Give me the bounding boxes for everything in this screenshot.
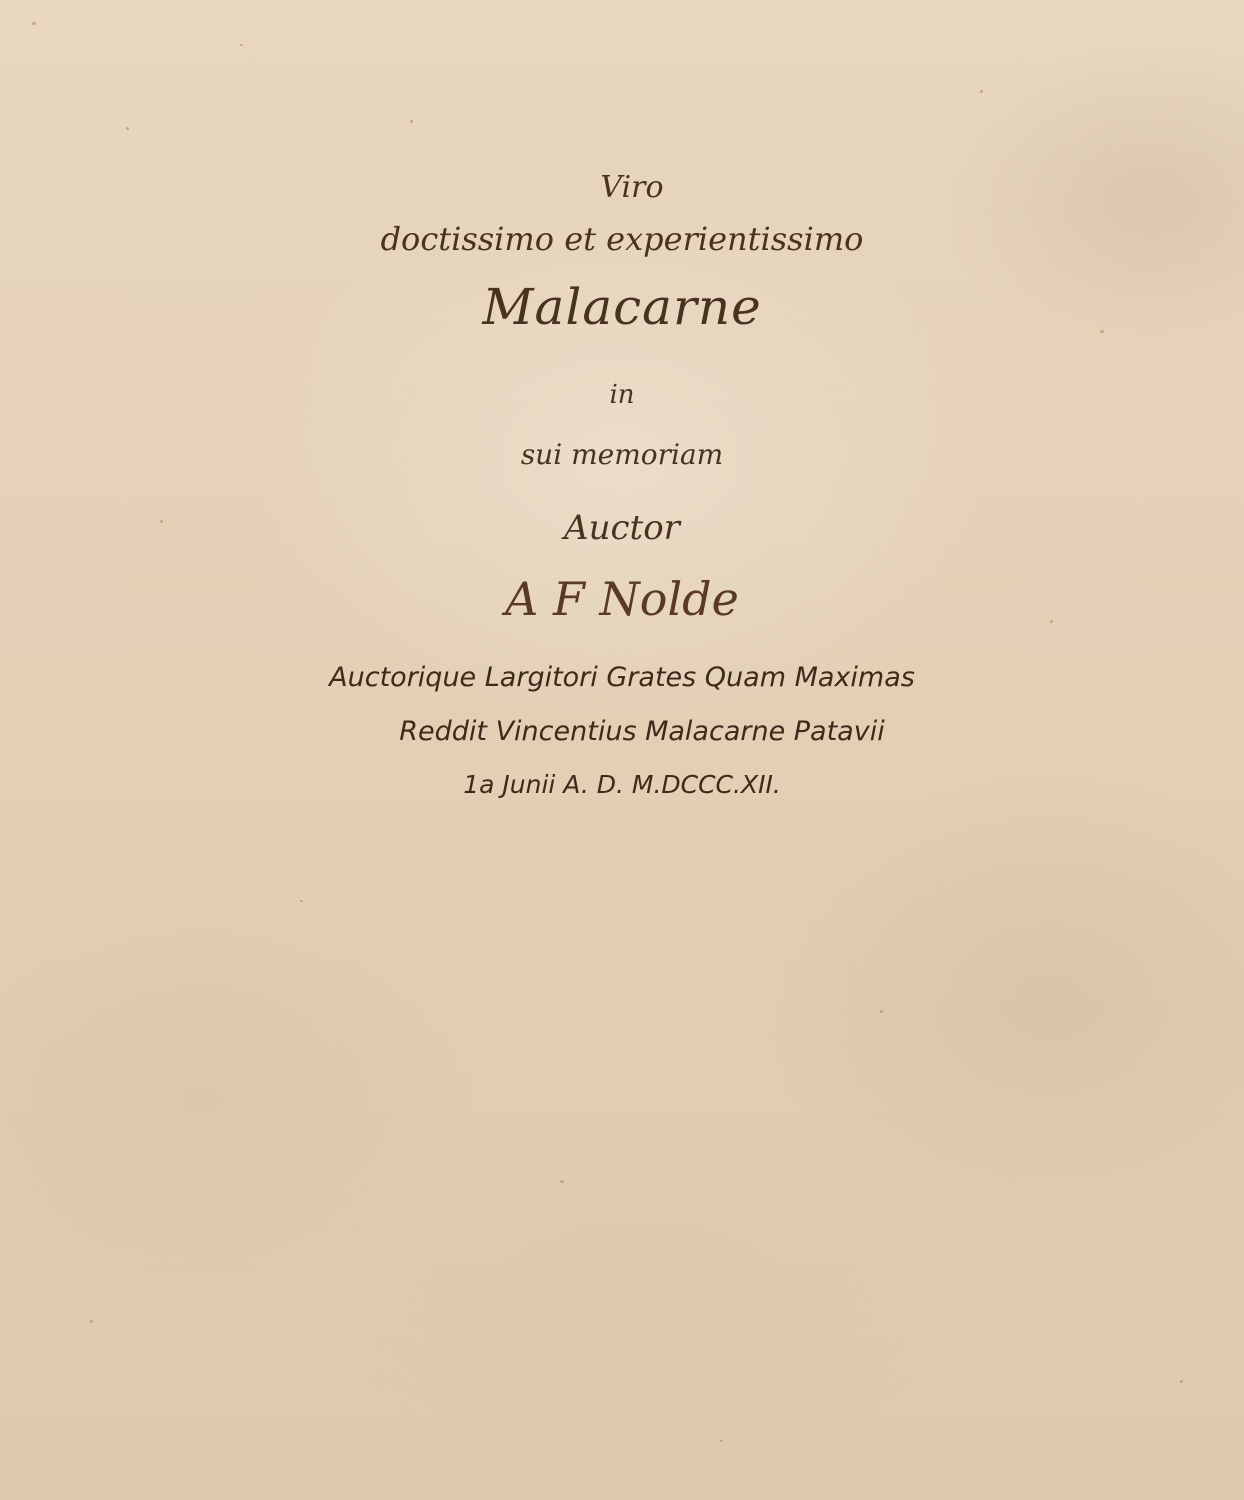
reply-line-name-place: Reddit Vincentius Malacarne Patavii [0, 716, 1244, 747]
paper-speck [1180, 1380, 1183, 1383]
dedication-line-memoriam: sui memoriam [0, 438, 1244, 471]
paper-speck [90, 1320, 93, 1323]
paper-speck [32, 22, 36, 25]
paper-speck [300, 900, 303, 902]
paper-speck [410, 120, 413, 123]
dedicatee-name: Malacarne [0, 278, 1244, 336]
dedication-line-auctor: Auctor [0, 508, 1244, 548]
reply-line-thanks: Auctorique Largitori Grates Quam Maximas [0, 662, 1244, 693]
paper-speck [720, 1440, 723, 1442]
reply-line-date: 1a Junii A. D. M.DCCC.XII. [0, 770, 1244, 799]
manuscript-page: Viro doctissimo et experientissimo Malac… [0, 0, 1244, 1500]
dedication-line-viro: Viro [0, 170, 1244, 205]
paper-speck [880, 1010, 883, 1013]
paper-speck [126, 127, 129, 130]
dedication-line-epithets: doctissimo et experientissimo [0, 220, 1244, 258]
paper-speck [240, 44, 243, 46]
paper-speck [560, 1180, 564, 1183]
author-signature: A F Nolde [0, 572, 1244, 626]
paper-speck [980, 90, 983, 93]
dedication-line-in: in [0, 380, 1244, 410]
